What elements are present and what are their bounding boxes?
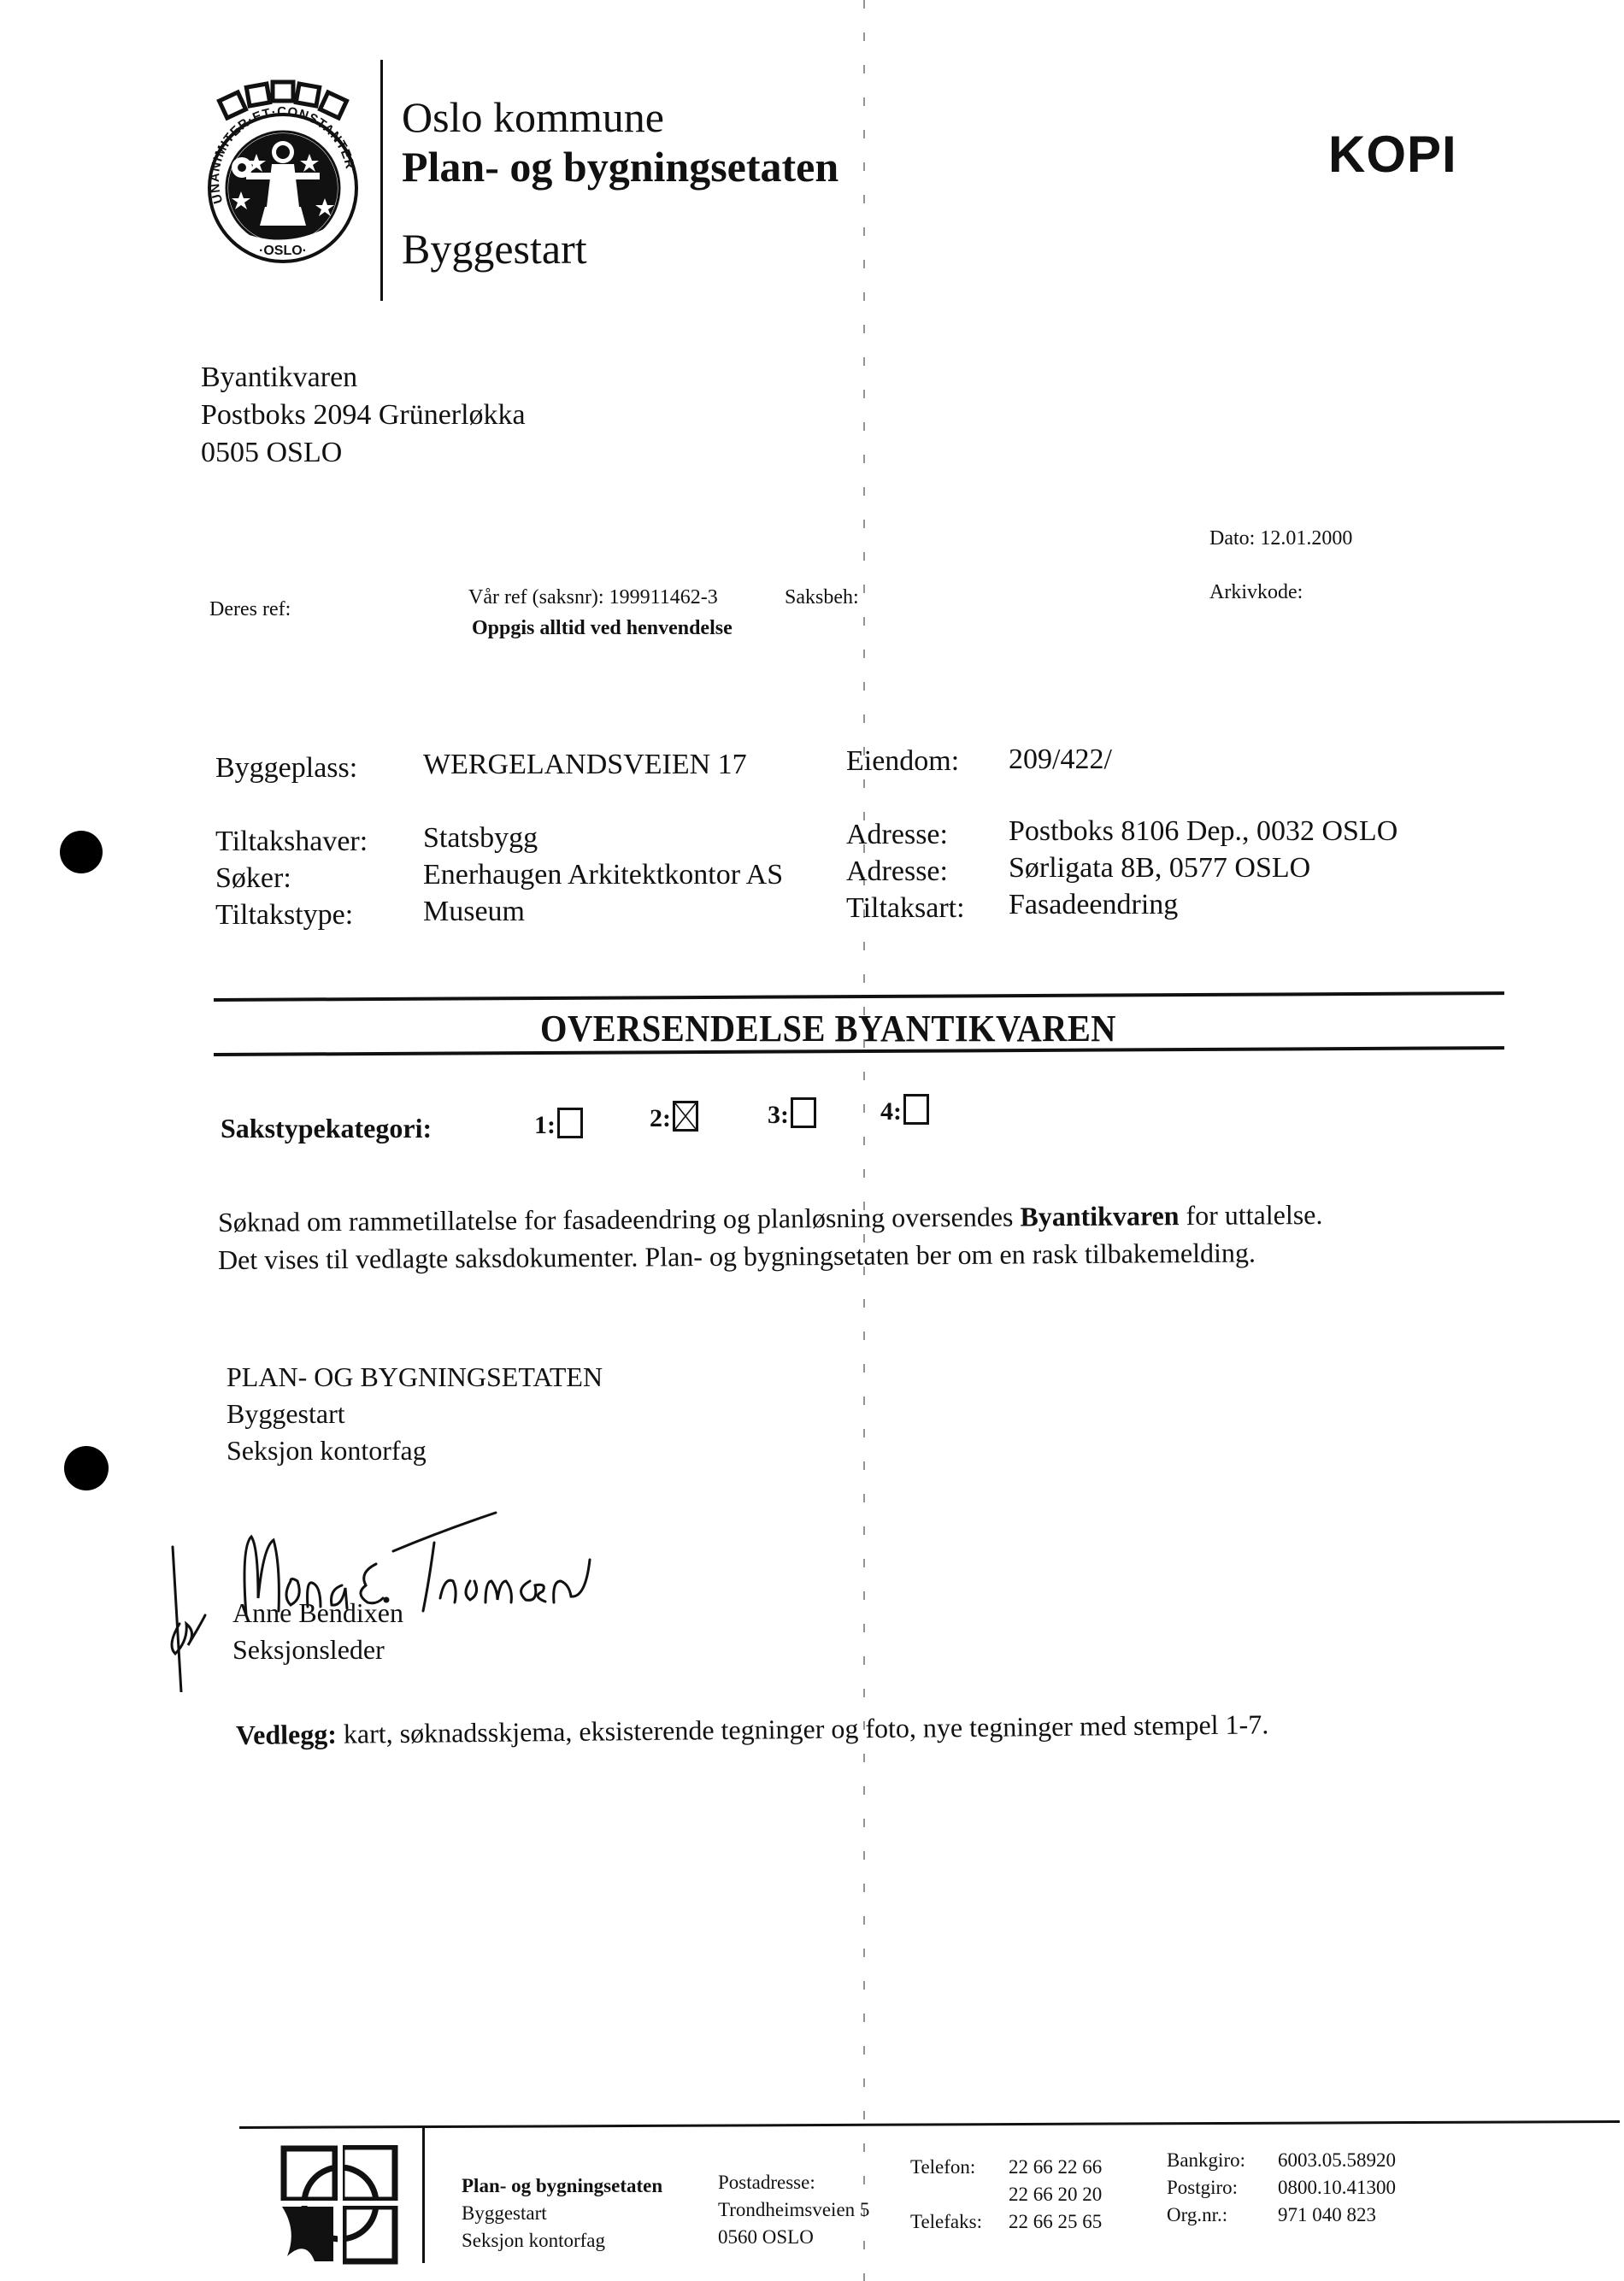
- footer-orgnr-label: Org.nr.:: [1167, 2202, 1278, 2229]
- case-value-r1: Postboks 8106 Dep., 0032 OSLO: [1009, 815, 1397, 848]
- our-ref-label: Vår ref (saksnr):: [468, 586, 604, 608]
- footer-fax-label: Telefaks:: [910, 2208, 1009, 2236]
- signature-org-line2: Byggestart: [227, 1396, 603, 1432]
- case-label-3: Tiltakstype:: [215, 899, 353, 932]
- footer-postal-street: Trondheimsveien 5: [718, 2196, 869, 2224]
- case-value-0: WERGELANDSVEIEN 17: [423, 749, 747, 781]
- category-option-2[interactable]: 2:: [650, 1101, 698, 1133]
- footer-phone-block: Telefon:22 66 22 66 22 66 20 20 Telefaks…: [910, 2154, 1102, 2236]
- punch-hole: [64, 1446, 109, 1490]
- oslo-seal-icon: UNANIMITER·ET·CONSTANTER ·OSLO·: [203, 79, 362, 268]
- signature-org-block: PLAN- OG BYGNINGSETATEN Byggestart Seksj…: [227, 1359, 603, 1469]
- footer-orgnr: 971 040 823: [1278, 2204, 1376, 2225]
- signer-title: Seksjonsleder: [232, 1631, 403, 1668]
- attachments-text: kart, søknadsskjema, eksisterende tegnin…: [337, 1708, 1269, 1749]
- our-ref-value: 199911462-3: [609, 586, 718, 608]
- case-label-r1: Adresse:: [846, 819, 948, 851]
- footer-postal-label: Postadresse:: [718, 2169, 869, 2196]
- case-handler-label: Saksbeh:: [785, 586, 859, 609]
- our-ref-note: Oppgis alltid ved henvendelse: [472, 617, 733, 640]
- archive-code-label: Arkivkode:: [1209, 581, 1303, 604]
- their-ref-label: Deres ref:: [209, 598, 291, 621]
- attachments-line: Vedlegg: kart, søknadsskjema, eksisteren…: [236, 1708, 1269, 1751]
- org-section: Byggestart: [402, 224, 587, 273]
- org-department: Plan- og bygningsetaten: [402, 142, 838, 191]
- case-value-r2: Sørligata 8B, 0577 OSLO: [1009, 852, 1310, 885]
- footer-postgiro: 0800.10.41300: [1278, 2177, 1396, 2198]
- signer-name: Anne Bendixen: [232, 1595, 403, 1631]
- footer-org-dept: Byggestart: [462, 2200, 662, 2227]
- org-name: Oslo kommune: [402, 92, 664, 142]
- footer-postgiro-label: Postgiro:: [1167, 2174, 1278, 2202]
- body-paragraph-line2: Det vises til vedlagte saksdokumenter. P…: [218, 1238, 1256, 1276]
- recipient-name: Byantikvaren: [201, 359, 526, 397]
- footer-rule: [239, 2120, 1620, 2129]
- footer-bank-block: Bankgiro:6003.05.58920 Postgiro:0800.10.…: [1167, 2147, 1396, 2229]
- footer-org-block: Plan- og bygningsetaten Byggestart Seksj…: [462, 2172, 662, 2255]
- case-value-1: Statsbygg: [423, 822, 538, 855]
- footer-bankgiro: 6003.05.58920: [1278, 2149, 1396, 2171]
- case-value-2: Enerhaugen Arkitektkontor AS: [423, 859, 783, 891]
- signature-org-line3: Seksjon kontorfag: [227, 1432, 603, 1469]
- footer-org-section: Seksjon kontorfag: [462, 2227, 662, 2255]
- checkbox-checked[interactable]: [673, 1101, 698, 1132]
- body-paragraph-line1: Søknad om rammetillatelse for fasadeendr…: [218, 1199, 1323, 1238]
- scan-fold-line: [863, 0, 865, 2281]
- case-label-r2: Adresse:: [846, 855, 948, 888]
- case-label-r0: Eiendom:: [846, 745, 959, 778]
- case-label-0: Byggeplass:: [215, 752, 357, 785]
- recipient-block: Byantikvaren Postboks 2094 Grünerløkka 0…: [201, 359, 526, 472]
- pbe-logo-icon: [280, 2145, 402, 2265]
- footer-divider: [422, 2126, 425, 2263]
- copy-stamp: KOPI: [1328, 125, 1457, 184]
- title-rule-top: [214, 991, 1504, 1002]
- recipient-address-line1: Postboks 2094 Grünerløkka: [201, 397, 526, 434]
- footer-fax: 22 66 25 65: [1009, 2211, 1102, 2232]
- date-value: 12.01.2000: [1260, 527, 1352, 550]
- date-label: Dato:: [1209, 527, 1255, 550]
- signer-block: Anne Bendixen Seksjonsleder: [232, 1595, 403, 1668]
- checkbox-unchecked[interactable]: [903, 1094, 929, 1125]
- footer-postal-city: 0560 OSLO: [718, 2224, 869, 2251]
- category-option-1[interactable]: 1:: [534, 1108, 583, 1140]
- attachments-label: Vedlegg:: [236, 1719, 337, 1750]
- checkbox-unchecked[interactable]: [557, 1108, 583, 1138]
- body-emphasis: Byantikvaren: [1020, 1200, 1179, 1232]
- category-label: Sakstypekategori:: [221, 1113, 432, 1144]
- header-divider: [380, 60, 383, 301]
- case-label-r3: Tiltaksart:: [846, 892, 965, 925]
- case-label-2: Søker:: [215, 862, 291, 895]
- checkbox-unchecked[interactable]: [791, 1097, 816, 1128]
- document-title: OVERSENDELSE BYANTIKVAREN: [540, 1007, 1116, 1050]
- footer-postal-block: Postadresse: Trondheimsveien 5 0560 OSLO: [718, 2169, 869, 2251]
- footer-phone1: 22 66 22 66: [1009, 2156, 1102, 2178]
- punch-hole: [60, 831, 103, 873]
- footer-phone-label: Telefon:: [910, 2154, 1009, 2181]
- case-value-r0: 209/422/: [1009, 744, 1112, 776]
- category-option-3[interactable]: 3:: [768, 1097, 816, 1130]
- signature-org-line1: PLAN- OG BYGNINGSETATEN: [227, 1359, 603, 1396]
- date-field: Dato: 12.01.2000: [1209, 527, 1352, 550]
- our-ref-field: Vår ref (saksnr): 199911462-3: [468, 586, 718, 609]
- case-label-1: Tiltakshaver:: [215, 826, 368, 858]
- footer-bankgiro-label: Bankgiro:: [1167, 2147, 1278, 2174]
- footer-org-name: Plan- og bygningsetaten: [462, 2172, 662, 2200]
- recipient-address-line2: 0505 OSLO: [201, 434, 526, 472]
- svg-text:·OSLO·: ·OSLO·: [259, 244, 307, 258]
- case-value-r3: Fasadeendring: [1009, 889, 1178, 921]
- case-value-3: Museum: [423, 896, 525, 928]
- category-option-4[interactable]: 4:: [880, 1094, 929, 1126]
- footer-phone2: 22 66 20 20: [1009, 2184, 1102, 2205]
